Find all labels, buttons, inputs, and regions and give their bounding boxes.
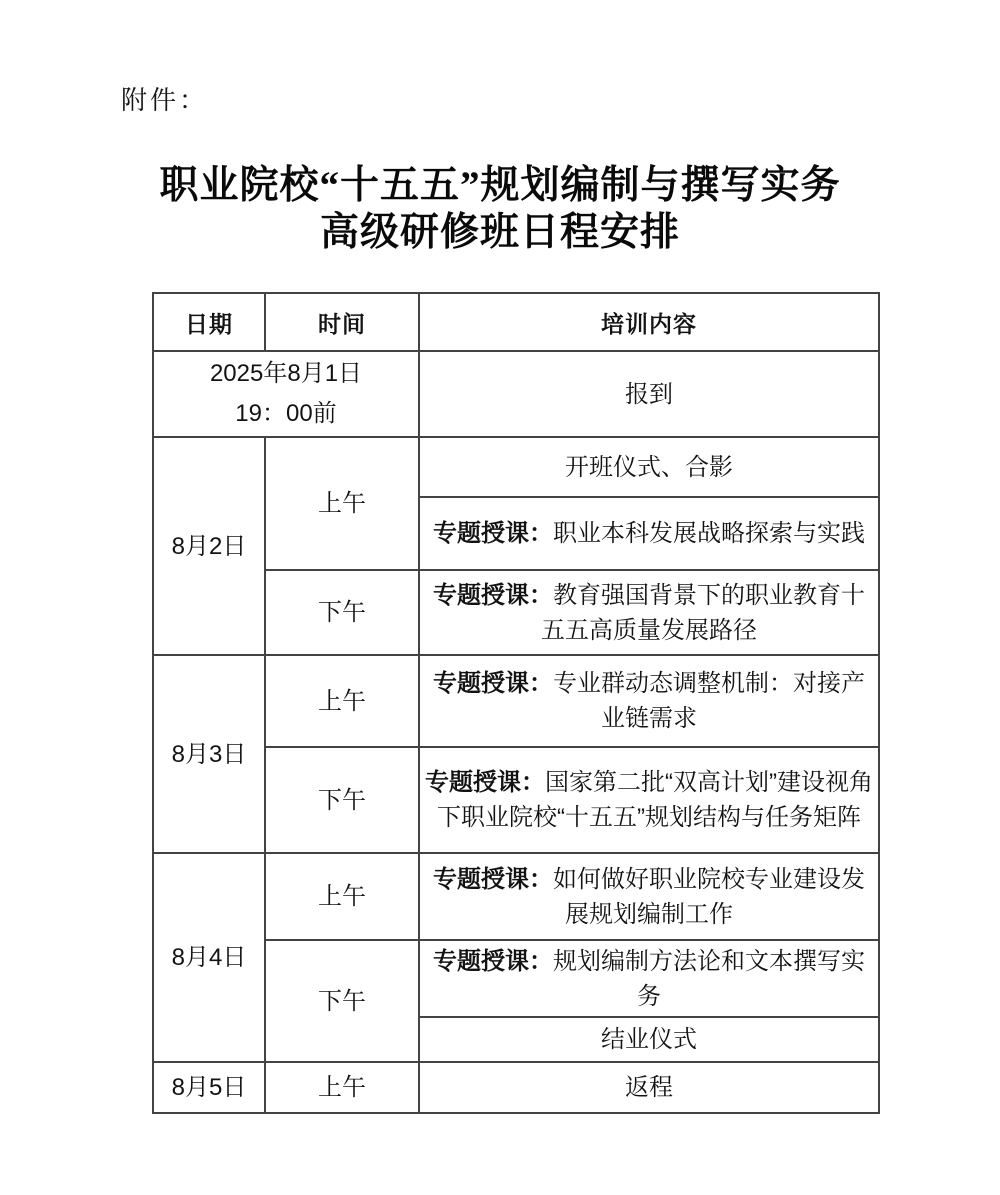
header-cell-content: 培训内容 (419, 293, 879, 351)
table-row: 8月5日 上午 返程 (153, 1062, 879, 1113)
content-cell-aug4-pm-lecture: 专题授课：规划编制方法论和文本撰写实务 (419, 940, 879, 1017)
datetime-aug1-line1: 2025年8月1日 (158, 354, 414, 394)
content-cell-aug2-pm-lecture: 专题授课：教育强国背景下的职业教育十五五高质量发展路径 (419, 570, 879, 655)
date-cell-aug2: 8月2日 (153, 437, 265, 655)
lecture-prefix: 专题授课： (433, 670, 553, 697)
attachment-label: 附件： (121, 80, 208, 117)
lecture-prefix: 专题授课： (425, 769, 545, 796)
content-cell-aug2-am-lecture: 专题授课：职业本科发展战略探索与实践 (419, 497, 879, 570)
page-title-line2: 高级研修班日程安排 (0, 209, 1000, 256)
lecture-topic: 规划编制方法论和文本撰写实务 (553, 948, 865, 1010)
lecture-prefix: 专题授课： (433, 582, 553, 609)
lecture-prefix: 专题授课： (433, 948, 553, 975)
time-cell-aug3-pm: 下午 (265, 747, 419, 853)
date-cell-aug4: 8月4日 (153, 853, 265, 1062)
time-cell-aug4-am: 上午 (265, 853, 419, 940)
content-cell-aug4-am-lecture: 专题授课：如何做好职业院校专业建设发展规划编制工作 (419, 853, 879, 940)
table-row: 8月3日 上午 专题授课：专业群动态调整机制：对接产业链需求 (153, 655, 879, 747)
lecture-topic: 专业群动态调整机制：对接产业链需求 (553, 670, 865, 732)
lecture-prefix: 专题授课： (433, 520, 553, 547)
page-title: 职业院校“十五五”规划编制与撰写实务 高级研修班日程安排 (0, 162, 1000, 256)
table-row: 2025年8月1日 19：00前 报到 (153, 351, 879, 437)
table-row: 8月4日 上午 专题授课：如何做好职业院校专业建设发展规划编制工作 (153, 853, 879, 940)
datetime-cell-aug1: 2025年8月1日 19：00前 (153, 351, 419, 437)
schedule-table: 日期 时间 培训内容 2025年8月1日 19：00前 报到 8月2日 上午 开… (152, 292, 880, 1114)
page-title-line1: 职业院校“十五五”规划编制与撰写实务 (0, 162, 1000, 209)
time-cell-aug2-pm: 下午 (265, 570, 419, 655)
time-cell-aug4-pm: 下午 (265, 940, 419, 1062)
time-cell-aug2-am: 上午 (265, 437, 419, 570)
content-cell-opening-ceremony: 开班仪式、合影 (419, 437, 879, 497)
lecture-topic: 如何做好职业院校专业建设发展规划编制工作 (553, 866, 865, 928)
date-cell-aug3: 8月3日 (153, 655, 265, 853)
time-cell-aug5-am: 上午 (265, 1062, 419, 1113)
lecture-topic: 教育强国背景下的职业教育十五五高质量发展路径 (541, 582, 865, 644)
datetime-aug1-line2: 19：00前 (158, 394, 414, 434)
table-row: 8月2日 上午 开班仪式、合影 (153, 437, 879, 497)
time-cell-aug3-am: 上午 (265, 655, 419, 747)
table-header-row: 日期 时间 培训内容 (153, 293, 879, 351)
content-cell-return: 返程 (419, 1062, 879, 1113)
header-cell-time: 时间 (265, 293, 419, 351)
lecture-prefix: 专题授课： (433, 866, 553, 893)
content-cell-aug3-am-lecture: 专题授课：专业群动态调整机制：对接产业链需求 (419, 655, 879, 747)
lecture-topic: 职业本科发展战略探索与实践 (553, 520, 865, 547)
content-cell-aug3-pm-lecture: 专题授课：国家第二批“双高计划”建设视角下职业院校“十五五”规划结构与任务矩阵 (419, 747, 879, 853)
content-cell-closing-ceremony: 结业仪式 (419, 1017, 879, 1062)
content-cell-registration: 报到 (419, 351, 879, 437)
header-cell-date: 日期 (153, 293, 265, 351)
date-cell-aug5: 8月5日 (153, 1062, 265, 1113)
